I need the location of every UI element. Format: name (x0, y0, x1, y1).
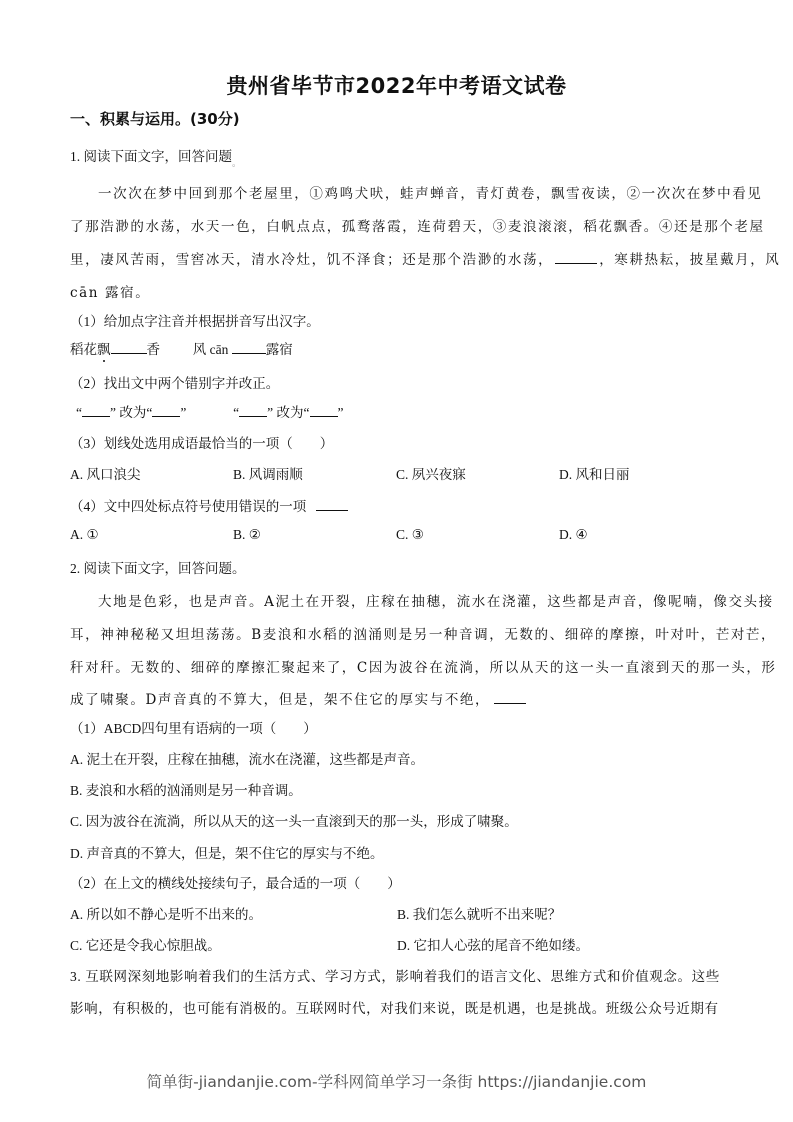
q1-sub2-correct-1[interactable] (152, 404, 180, 417)
q1-sub3-option-d[interactable]: D. 风和日丽 (559, 463, 630, 483)
q2-stem: 2. 阅读下面文字，回答问题。 (70, 557, 246, 577)
quote-close: ” (338, 405, 344, 420)
q1-sub2-prompt: （2）找出文中两个错别字并改正。 (70, 372, 279, 392)
q2-sub2-option-a[interactable]: A. 所以如不静心是听不出来的。 (70, 903, 262, 923)
q3-line-1: 3. 互联网深刻地影响着我们的生活方式、学习方式，影响着我们的语言文化、思维方式… (70, 965, 720, 985)
q1-sub4-option-c[interactable]: C. ③ (396, 527, 424, 543)
q1-sub1-item2-suffix: 露宿 (266, 342, 293, 357)
q1-sub1-items: 稻花飘香 风 cān 露宿 (70, 338, 293, 358)
q2-sub1-option-d[interactable]: D. 声音真的不算大，但是，架不住它的厚实与不绝。 (70, 842, 384, 862)
exam-page: 贵州省毕节市2022年中考语文试卷 一、积累与运用。(30分) 1. 阅读下面文… (0, 0, 793, 1122)
section-heading: 一、积累与运用。(30分) (70, 108, 240, 129)
q1-passage-line-3b: ，寒耕热耘，披星戴月，风 (599, 252, 780, 268)
quote-close: ” (110, 405, 116, 420)
q1-sub3-option-a[interactable]: A. 风口浪尖 (70, 463, 141, 483)
q1-sub2-change-label-2: 改为 (277, 405, 304, 420)
q2-sub1-prompt: （1）ABCD四句里有语病的一项（ ） (70, 717, 317, 737)
q1-passage-blank[interactable] (555, 251, 597, 264)
q1-passage-line-3a: 里，凄风苦雨，雪窖冰天，清水冷灶，饥不泽食；还是那个浩渺的水荡， (70, 252, 553, 268)
q2-passage-blank[interactable] (494, 691, 526, 704)
footer-watermark: 简单街-jiandanjie.com-学科网简单学习一条街 https://ji… (0, 1070, 793, 1092)
q1-sub2-change-label-1: 改为 (119, 405, 146, 420)
q1-sub1-answer-1[interactable] (111, 341, 147, 354)
q1-sub2-wrong-1[interactable] (82, 404, 110, 417)
q1-sub3-option-b[interactable]: B. 风调雨顺 (233, 463, 303, 483)
q1-sub4-answer[interactable] (316, 498, 348, 511)
q2-passage-line-4: 成了啸聚。D声音真的不算大，但是，架不住它的厚实与不绝， (70, 688, 526, 708)
q1-sub1-answer-2[interactable] (232, 341, 266, 354)
q2-sub1-option-b[interactable]: B. 麦浪和水稻的汹涌则是另一种音调。 (70, 779, 302, 799)
q2-sub2-option-b[interactable]: B. 我们怎么就听不出来呢？ (397, 903, 561, 923)
q1-sub2-correct-2[interactable] (310, 404, 338, 417)
q1-sub4-option-a[interactable]: A. ① (70, 527, 99, 543)
q1-sub2-wrong-2[interactable] (239, 404, 267, 417)
q1-sub1-item1-dotted-char: 飘 (97, 338, 111, 358)
q1-passage-line-1: 一次次在梦中回到那个老屋里，①鸡鸣犬吠，蛙声蝉音，青灯黄卷，飘雪夜读，②一次次在… (98, 182, 762, 202)
q1-sub4-prompt-row: （4）文中四处标点符号使用错误的一项 (70, 495, 348, 515)
q1-passage-line-4: cān 露宿。 (70, 281, 150, 301)
q1-stem: 1. 阅读下面文字，回答问题。 (70, 145, 241, 165)
q2-sub2-option-c[interactable]: C. 它还是令我心惊胆战。 (70, 934, 221, 954)
exam-title: 贵州省毕节市2022年中考语文试卷 (0, 70, 793, 100)
q1-sub3-prompt: （3）划线处选用成语最恰当的一项（ ） (70, 432, 333, 452)
q1-sub3-option-c[interactable]: C. 夙兴夜寐 (396, 463, 466, 483)
q1-sub1-item2-prefix: 风 cān (193, 342, 229, 357)
q1-stem-mark: 。 (232, 158, 241, 168)
q2-passage-line-2: 耳，神神秘秘又坦坦荡荡。B麦浪和水稻的汹涌则是另一种音调，无数的、细碎的摩擦，叶… (70, 623, 776, 643)
q1-sub4-option-d[interactable]: D. ④ (559, 527, 588, 543)
q1-sub4-option-b[interactable]: B. ② (233, 527, 261, 543)
q1-passage-line-3: 里，凄风苦雨，雪窖冰天，清水冷灶，饥不泽食；还是那个浩渺的水荡，，寒耕热耘，披星… (70, 248, 780, 268)
quote-close: ” (267, 405, 273, 420)
q2-sub2-prompt: （2）在上文的横线处接续句子，最合适的一项（ ） (70, 872, 401, 892)
q2-sub1-option-a[interactable]: A. 泥土在开裂，庄稼在抽穗，流水在浇灌，这些都是声音。 (70, 748, 424, 768)
q1-sub2-answers: “” 改为“” “” 改为“” (76, 401, 344, 421)
q2-passage-line-1: 大地是色彩，也是声音。A泥土在开裂，庄稼在抽穗，流水在浇灌，这些都是声音，像呢喃… (98, 590, 774, 610)
q1-stem-text: 1. 阅读下面文字，回答问题 (70, 149, 232, 164)
q2-passage-line-4-text: 成了啸聚。D声音真的不算大，但是，架不住它的厚实与不绝， (70, 692, 490, 708)
q2-sub2-option-d[interactable]: D. 它扣人心弦的尾音不绝如缕。 (397, 934, 589, 954)
q1-sub1-prompt: （1）给加点字注音并根据拼音写出汉字。 (70, 310, 320, 330)
q1-sub4-prompt: （4）文中四处标点符号使用错误的一项 (70, 499, 306, 514)
q1-sub1-item1-suffix: 香 (147, 342, 161, 357)
q1-sub1-item1-prefix: 稻花 (70, 342, 97, 357)
q1-passage-line-2: 了那浩渺的水荡，水天一色，白帆点点，孤鹜落霞，连荷碧天，③麦浪滚滚，稻花飘香。④… (70, 215, 765, 235)
q3-line-2: 影响，有积极的，也可能有消极的。互联网时代，对我们来说，既是机遇，也是挑战。班级… (70, 997, 719, 1017)
quote-close: ” (180, 405, 186, 420)
q2-sub1-option-c[interactable]: C. 因为波谷在流淌，所以从天的这一头一直滚到天的那一头，形成了啸聚。 (70, 810, 518, 830)
q2-passage-line-3: 秆对秆。无数的、细碎的摩擦汇聚起来了，C因为波谷在流淌，所以从天的这一头一直滚到… (70, 656, 777, 676)
